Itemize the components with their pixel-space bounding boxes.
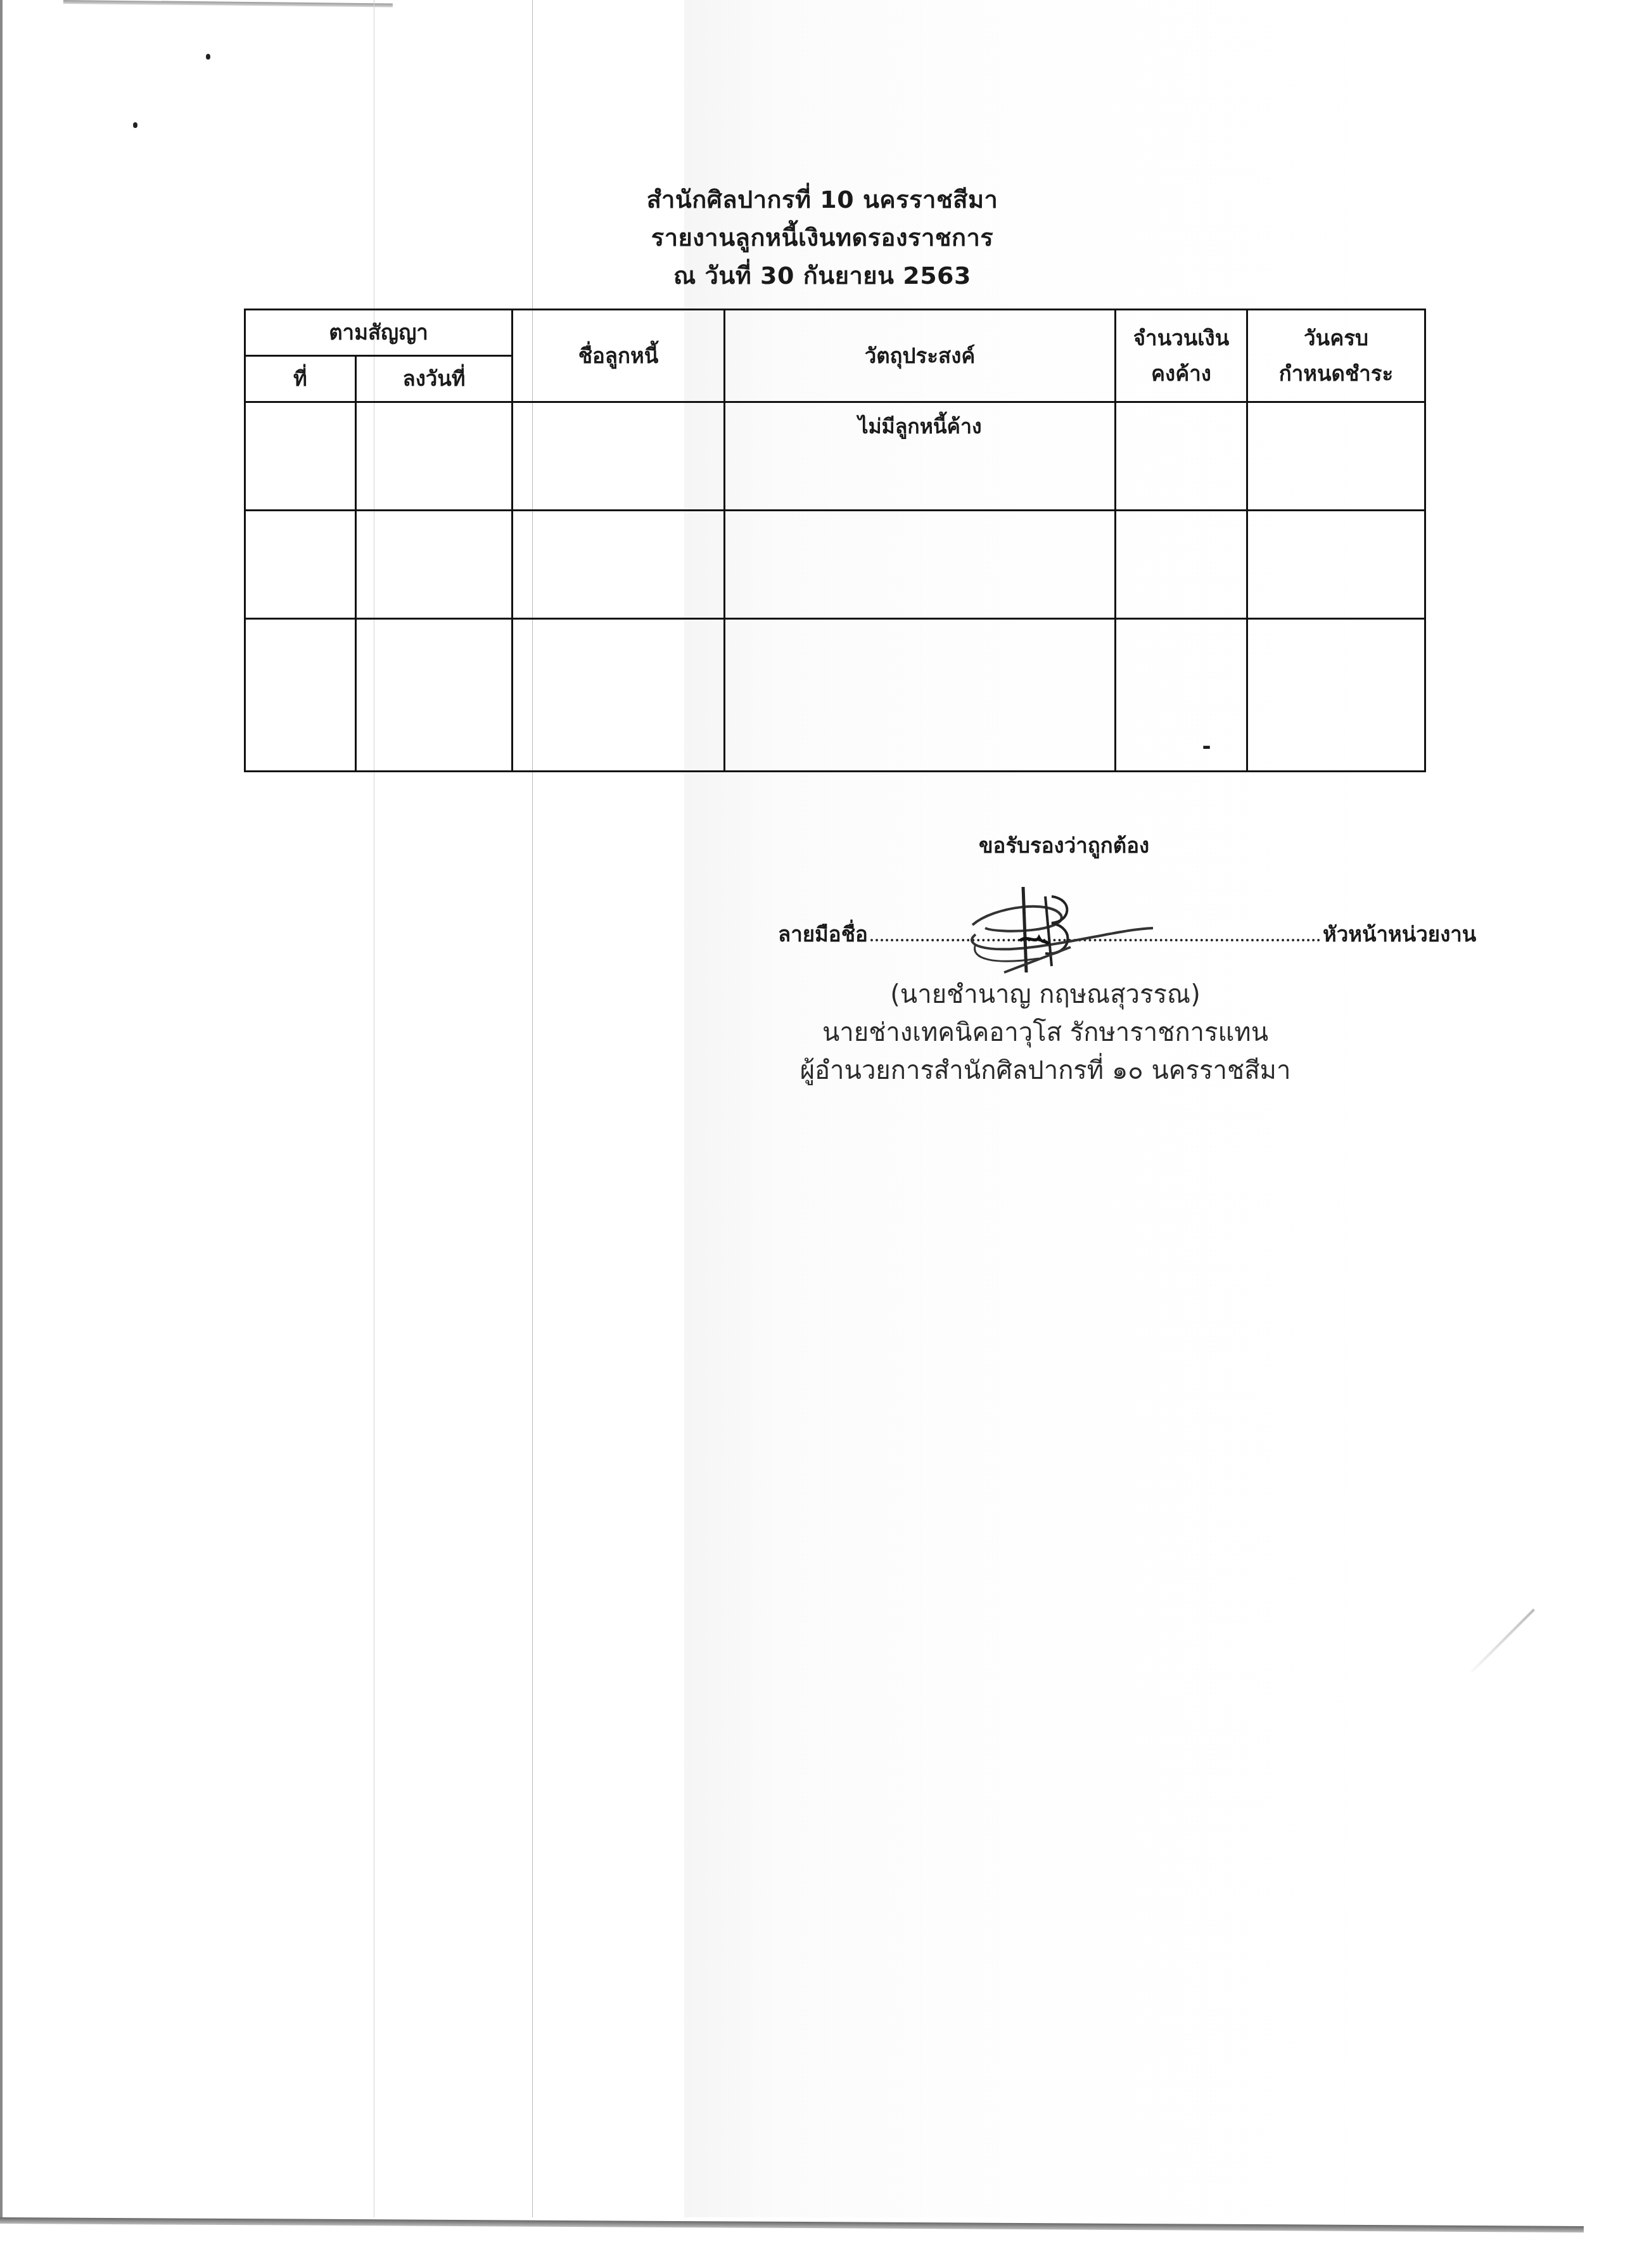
amount-header: จำนวนเงิน คงค้าง [1116, 310, 1247, 402]
contract-date-header: ลงวันที่ [356, 356, 513, 402]
cell-purpose [725, 511, 1116, 619]
scan-speck [133, 122, 137, 128]
cell-debtor-name [513, 402, 725, 511]
cell-date [356, 619, 513, 772]
due-date-header: วันครบ กำหนดชำระ [1247, 310, 1425, 402]
cell-purpose: ไม่มีลูกหนี้ค้าง [725, 402, 1116, 511]
no-debtor-note: ไม่มีลูกหนี้ค้าง [725, 403, 1114, 443]
contract-no-header: ที่ [245, 356, 356, 402]
handwritten-signature-icon [957, 884, 1172, 979]
debtor-name-header: ชื่อลูกหนี้ [513, 310, 725, 402]
signature-role: หัวหน้าหน่วยงาน [1323, 922, 1477, 946]
scan-edge-bottom [0, 2217, 1584, 2233]
debtor-table: ตามสัญญา ชื่อลูกหนี้ วัตถุประสงค์ จำนวนเ… [244, 309, 1426, 772]
contract-group-header: ตามสัญญา [245, 310, 513, 356]
cell-no [245, 402, 356, 511]
signer-name: (นายชำนาญ กฤษณสุวรรณ) [729, 976, 1362, 1014]
cell-date [356, 402, 513, 511]
signer-block: (นายชำนาญ กฤษณสุวรรณ) นายช่างเทคนิคอาวุโ… [729, 976, 1362, 1090]
cell-debtor-name [513, 511, 725, 619]
due-header-line1: วันครบ [1248, 321, 1424, 356]
cell-debtor-name [513, 619, 725, 772]
scan-speck [206, 54, 210, 60]
signature-label: ลายมือชื่อ [778, 922, 868, 946]
cell-amount [1116, 402, 1247, 511]
table-row: - [245, 619, 1425, 772]
scan-edge-top [63, 0, 393, 7]
cell-due [1247, 619, 1425, 772]
cell-due [1247, 402, 1425, 511]
amount-header-line2: คงค้าง [1116, 356, 1246, 392]
amount-dash: - [1116, 620, 1246, 759]
cell-purpose [725, 619, 1116, 772]
amount-header-line1: จำนวนเงิน [1116, 321, 1246, 356]
signer-position: นายช่างเทคนิคอาวุโส รักษาราชการแทน [729, 1014, 1362, 1052]
office-name: สำนักศิลปากรที่ 10 นครราชสีมา [8, 181, 1637, 219]
cell-due [1247, 511, 1425, 619]
scan-edge-left [0, 0, 3, 2220]
signer-office: ผู้อำนวยการสำนักศิลปากรที่ ๑๐ นครราชสีมา [729, 1052, 1362, 1090]
cell-no [245, 619, 356, 772]
cell-no [245, 511, 356, 619]
report-date: ณ วันที่ 30 กันยายน 2563 [8, 257, 1637, 295]
due-header-line2: กำหนดชำระ [1248, 356, 1424, 392]
certification-statement: ขอรับรองว่าถูกต้อง [979, 829, 1149, 862]
table-row: ไม่มีลูกหนี้ค้าง [245, 402, 1425, 511]
table-row [245, 511, 1425, 619]
cell-amount [1116, 511, 1247, 619]
cell-amount: - [1116, 619, 1247, 772]
document-header: สำนักศิลปากรที่ 10 นครราชสีมา รายงานลูกห… [0, 181, 1637, 295]
report-title: รายงานลูกหนี้เงินทดรองราชการ [8, 219, 1637, 257]
cell-date [356, 511, 513, 619]
purpose-header: วัตถุประสงค์ [725, 310, 1116, 402]
